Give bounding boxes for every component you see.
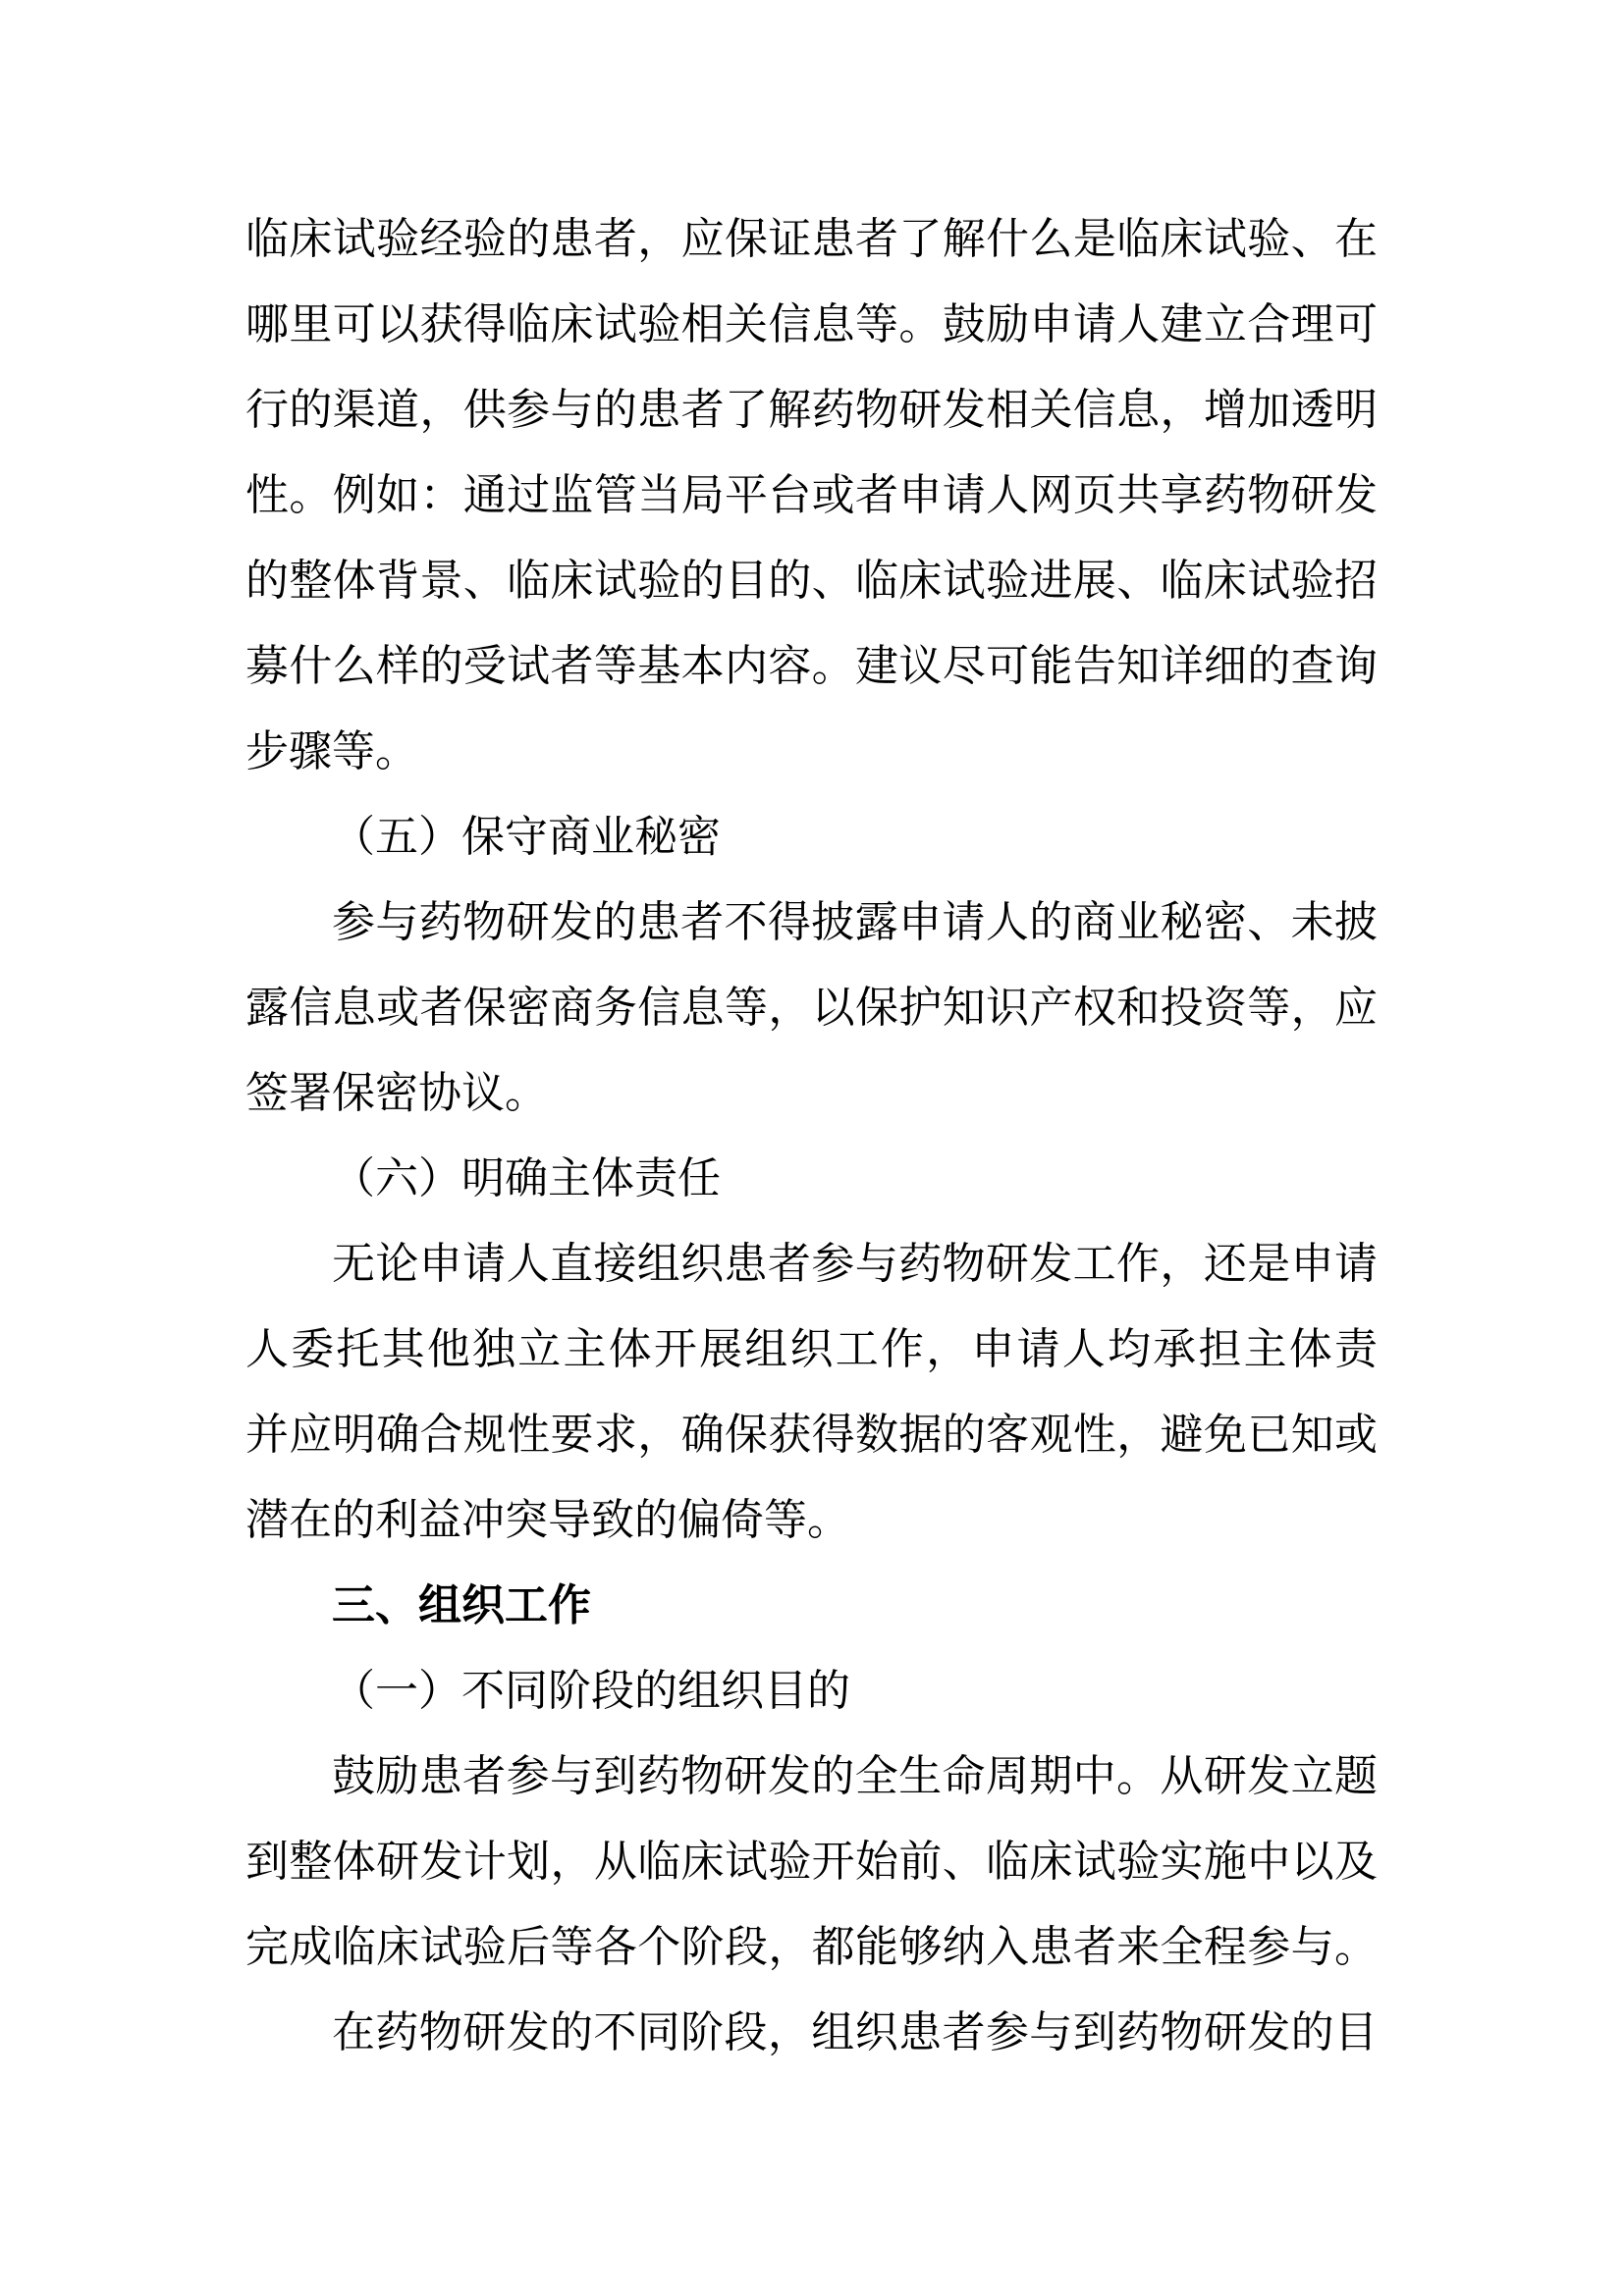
text-line: 三、组织工作	[332, 1563, 1378, 1648]
text-line: 露信息或者保密商务信息等，以保护知识产权和投资等，应	[245, 965, 1378, 1050]
text-line: 签署保密协议。	[245, 1050, 1378, 1136]
text-line: 潜在的利益冲突导致的偏倚等。	[245, 1477, 1378, 1563]
text-line: （一）不同阶段的组织目的	[332, 1648, 1378, 1734]
text-line: 临床试验经验的患者，应保证患者了解什么是临床试验、在	[245, 196, 1378, 282]
text-line: 到整体研发计划，从临床试验开始前、临床试验实施中以及	[245, 1819, 1378, 1904]
text-line: 完成临床试验后等各个阶段，都能够纳入患者来全程参与。	[245, 1904, 1378, 1990]
text-line: 人委托其他独立主体开展组织工作，申请人均承担主体责任，	[245, 1307, 1378, 1392]
text-line: 性。例如：通过监管当局平台或者申请人网页共享药物研发	[245, 453, 1378, 538]
text-line: 在药物研发的不同阶段，组织患者参与到药物研发的目	[332, 1990, 1378, 2075]
text-line: 并应明确合规性要求，确保获得数据的客观性，避免已知或	[245, 1392, 1378, 1477]
text-line: 募什么样的受试者等基本内容。建议尽可能告知详细的查询	[245, 623, 1378, 709]
text-line: 鼓励患者参与到药物研发的全生命周期中。从研发立题	[332, 1734, 1378, 1819]
document-body: 临床试验经验的患者，应保证患者了解什么是临床试验、在哪里可以获得临床试验相关信息…	[245, 196, 1378, 2075]
text-line: 参与药物研发的患者不得披露申请人的商业秘密、未披	[332, 880, 1378, 965]
text-line: （六）明确主体责任	[332, 1136, 1378, 1221]
text-line: 步骤等。	[245, 709, 1378, 794]
document-page: 临床试验经验的患者，应保证患者了解什么是临床试验、在哪里可以获得临床试验相关信息…	[0, 0, 1624, 2296]
text-line: （五）保守商业秘密	[332, 794, 1378, 880]
text-line: 行的渠道，供参与的患者了解药物研发相关信息，增加透明	[245, 367, 1378, 453]
text-line: 哪里可以获得临床试验相关信息等。鼓励申请人建立合理可	[245, 282, 1378, 367]
text-line: 无论申请人直接组织患者参与药物研发工作，还是申请	[332, 1221, 1378, 1307]
text-line: 的整体背景、临床试验的目的、临床试验进展、临床试验招	[245, 538, 1378, 623]
